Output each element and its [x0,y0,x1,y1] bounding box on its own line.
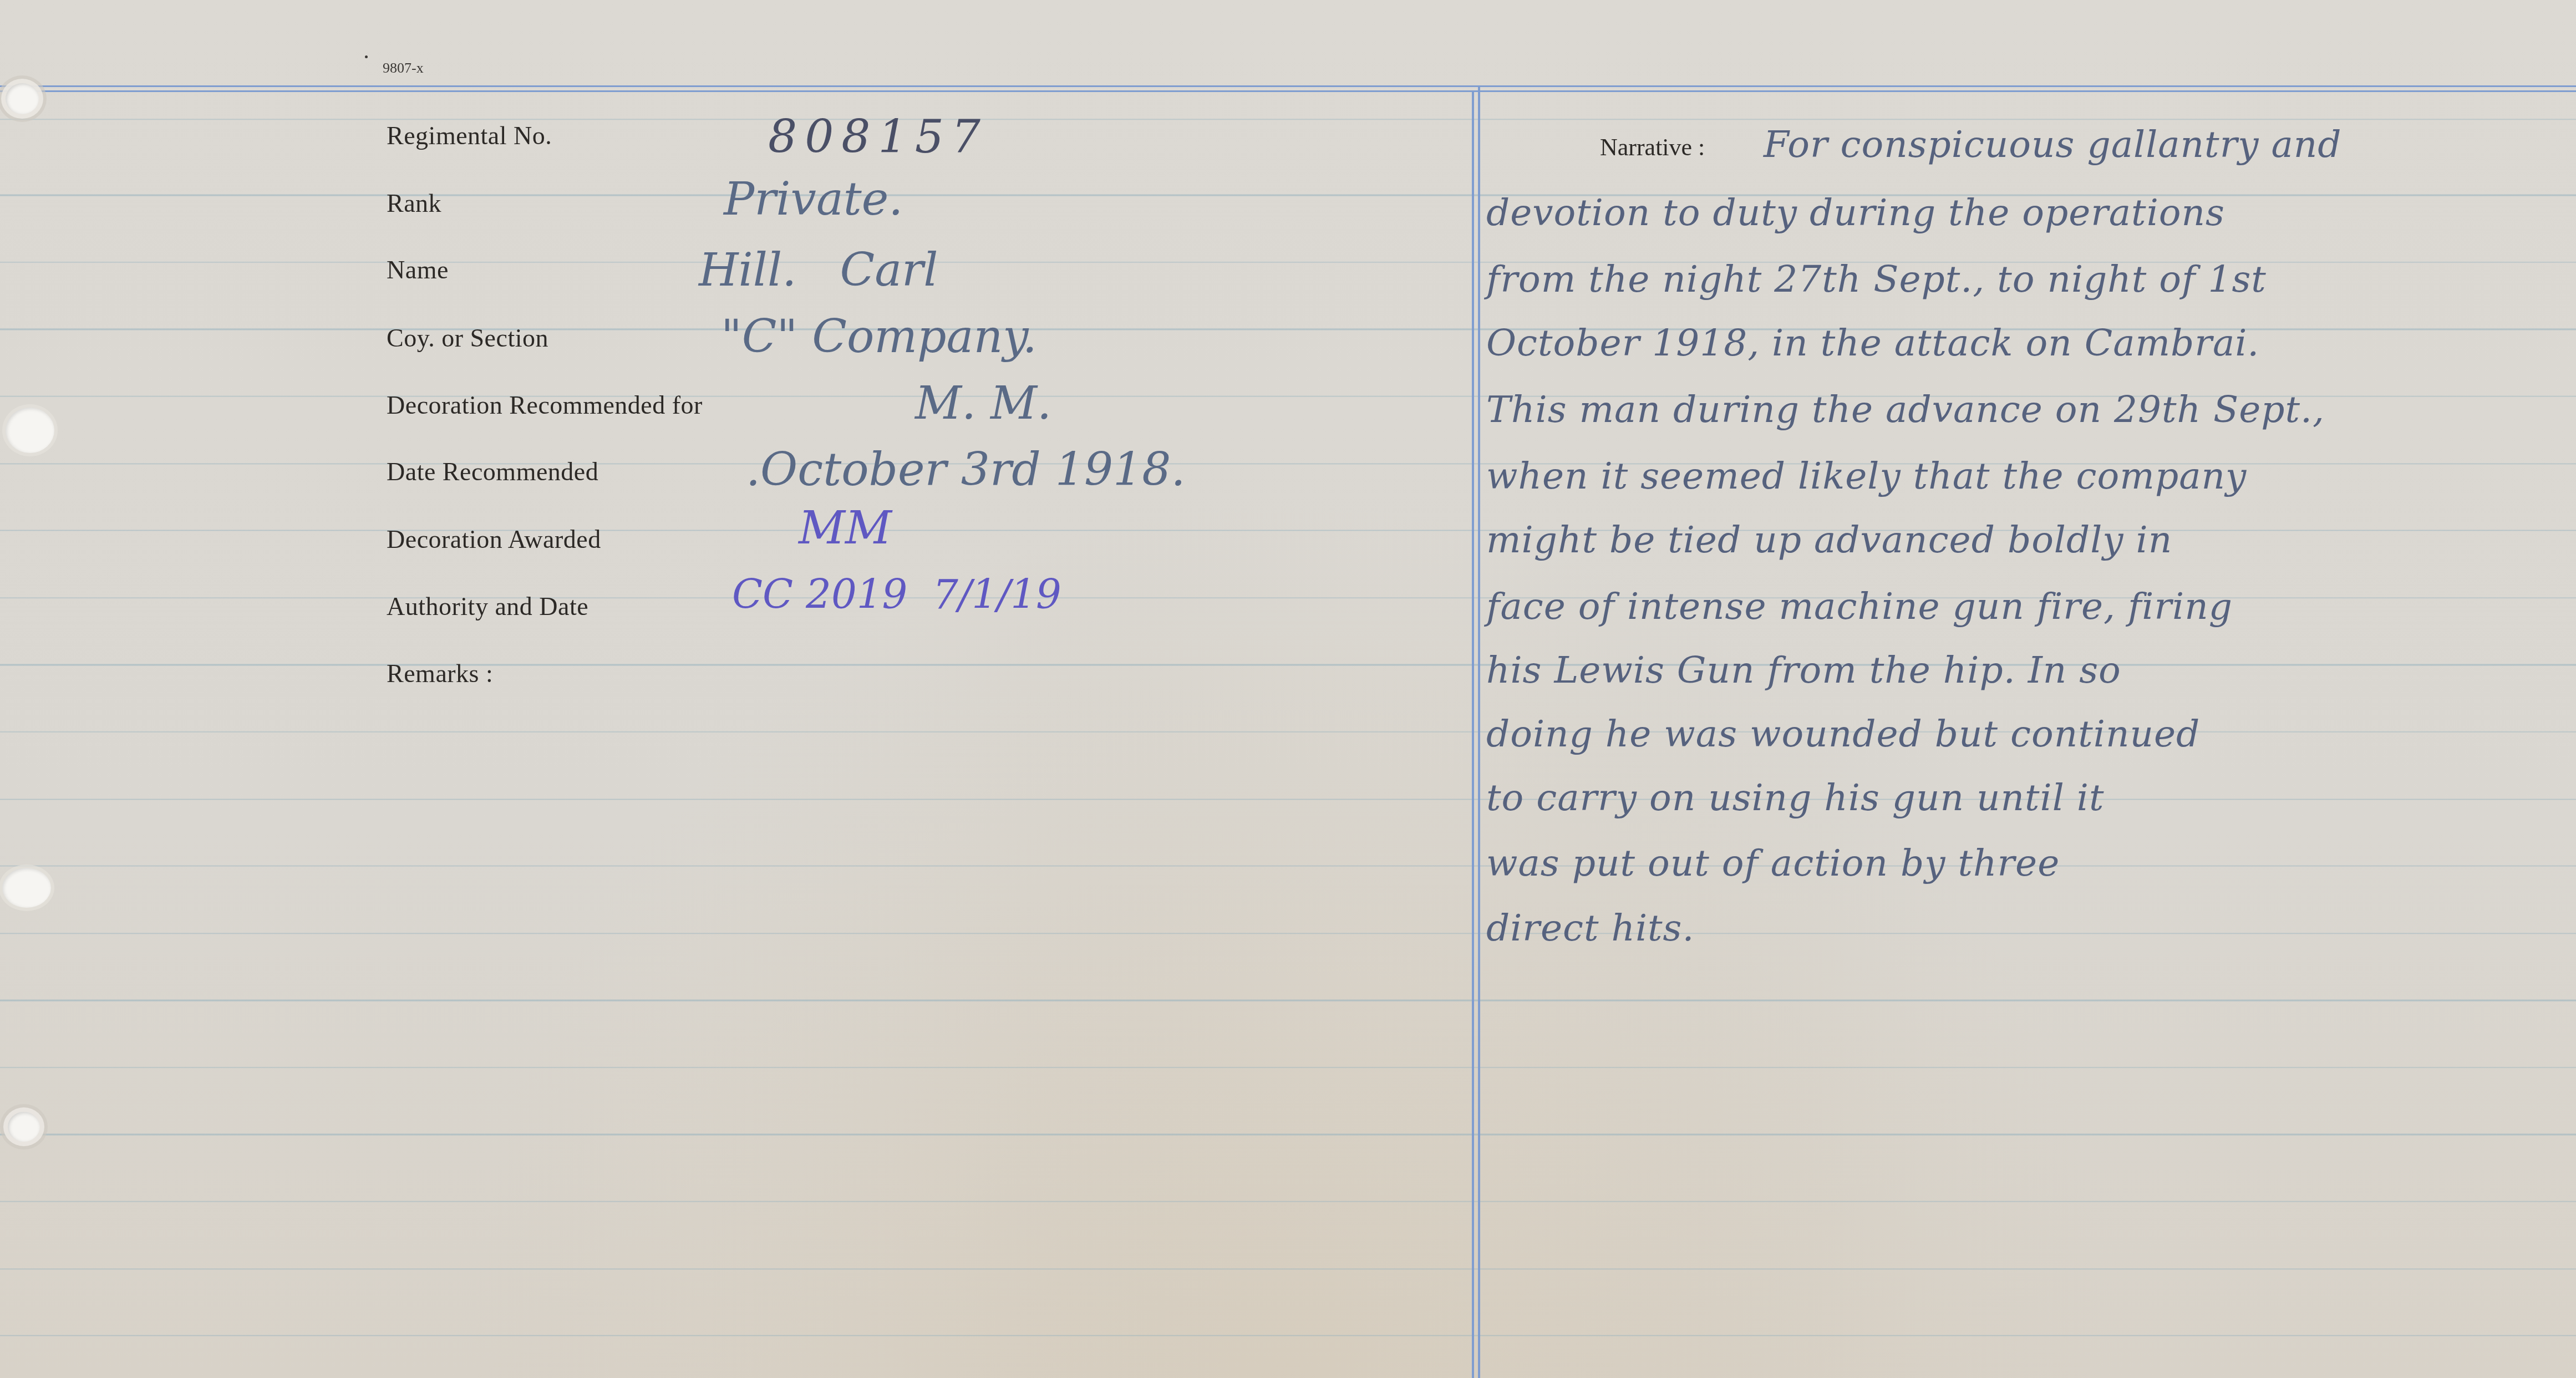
value-date-recommended: .October 3rd 1918. [746,444,1186,496]
label-date-recommended: Date Recommended [387,457,598,486]
narrative-line: For conspicuous gallantry and [1764,123,2342,166]
value-coy-section: "C" Company. [721,311,1037,363]
narrative-line: October 1918, in the attack on Cambrai. [1486,322,2259,364]
punch-hole [8,1112,40,1142]
label-name: Name [387,255,449,284]
value-regimental-no: 808157 [768,111,988,164]
label-rank: Rank [387,189,441,218]
label-decoration-recommended: Decoration Recommended for [387,390,703,420]
narrative-line: This man during the advance on 29th Sept… [1486,388,2325,431]
value-rank: Private. [724,173,903,226]
header-rule-top [0,85,2576,87]
form-code: 9807-x [383,60,424,77]
value-authority-date: CC 2019 7/1/19 [732,571,1061,618]
narrative-line: direct hits. [1486,907,1694,949]
column-divider-left [1472,90,1474,1378]
punch-hole [2,868,51,908]
header-rule-bottom [0,90,2576,92]
column-divider-right [1478,85,1480,1378]
narrative-line: when it seemed likely that the company [1486,455,2247,497]
value-name: Hill. Carl [699,244,938,297]
punch-hole [6,408,54,453]
narrative-label: Narrative : [1600,133,1705,161]
label-decoration-awarded: Decoration Awarded [387,525,601,554]
label-remarks: Remarks : [387,659,493,688]
label-authority-date: Authority and Date [387,592,588,621]
punch-hole [6,83,39,114]
label-coy-section: Coy. or Section [387,323,548,353]
record-card: 9807-x Regimental No. Rank Name Coy. or … [0,0,2576,1378]
value-decoration-recommended: M. M. [915,377,1051,430]
narrative-line: was put out of action by three [1486,842,2060,884]
narrative-line: doing he was wounded but continued [1486,713,2200,755]
ink-dot [365,55,368,58]
narrative-line: might be tied up advanced boldly in [1486,518,2172,561]
value-decoration-awarded: MM [799,502,892,555]
narrative-line: face of intense machine gun fire, firing [1486,585,2233,628]
narrative-line: his Lewis Gun from the hip. In so [1486,649,2121,691]
narrative-line: to carry on using his gun until it [1486,776,2104,819]
label-regimental-no: Regimental No. [387,121,552,150]
narrative-line: devotion to duty during the operations [1486,191,2225,234]
narrative-line: from the night 27th Sept., to night of 1… [1486,258,2267,301]
